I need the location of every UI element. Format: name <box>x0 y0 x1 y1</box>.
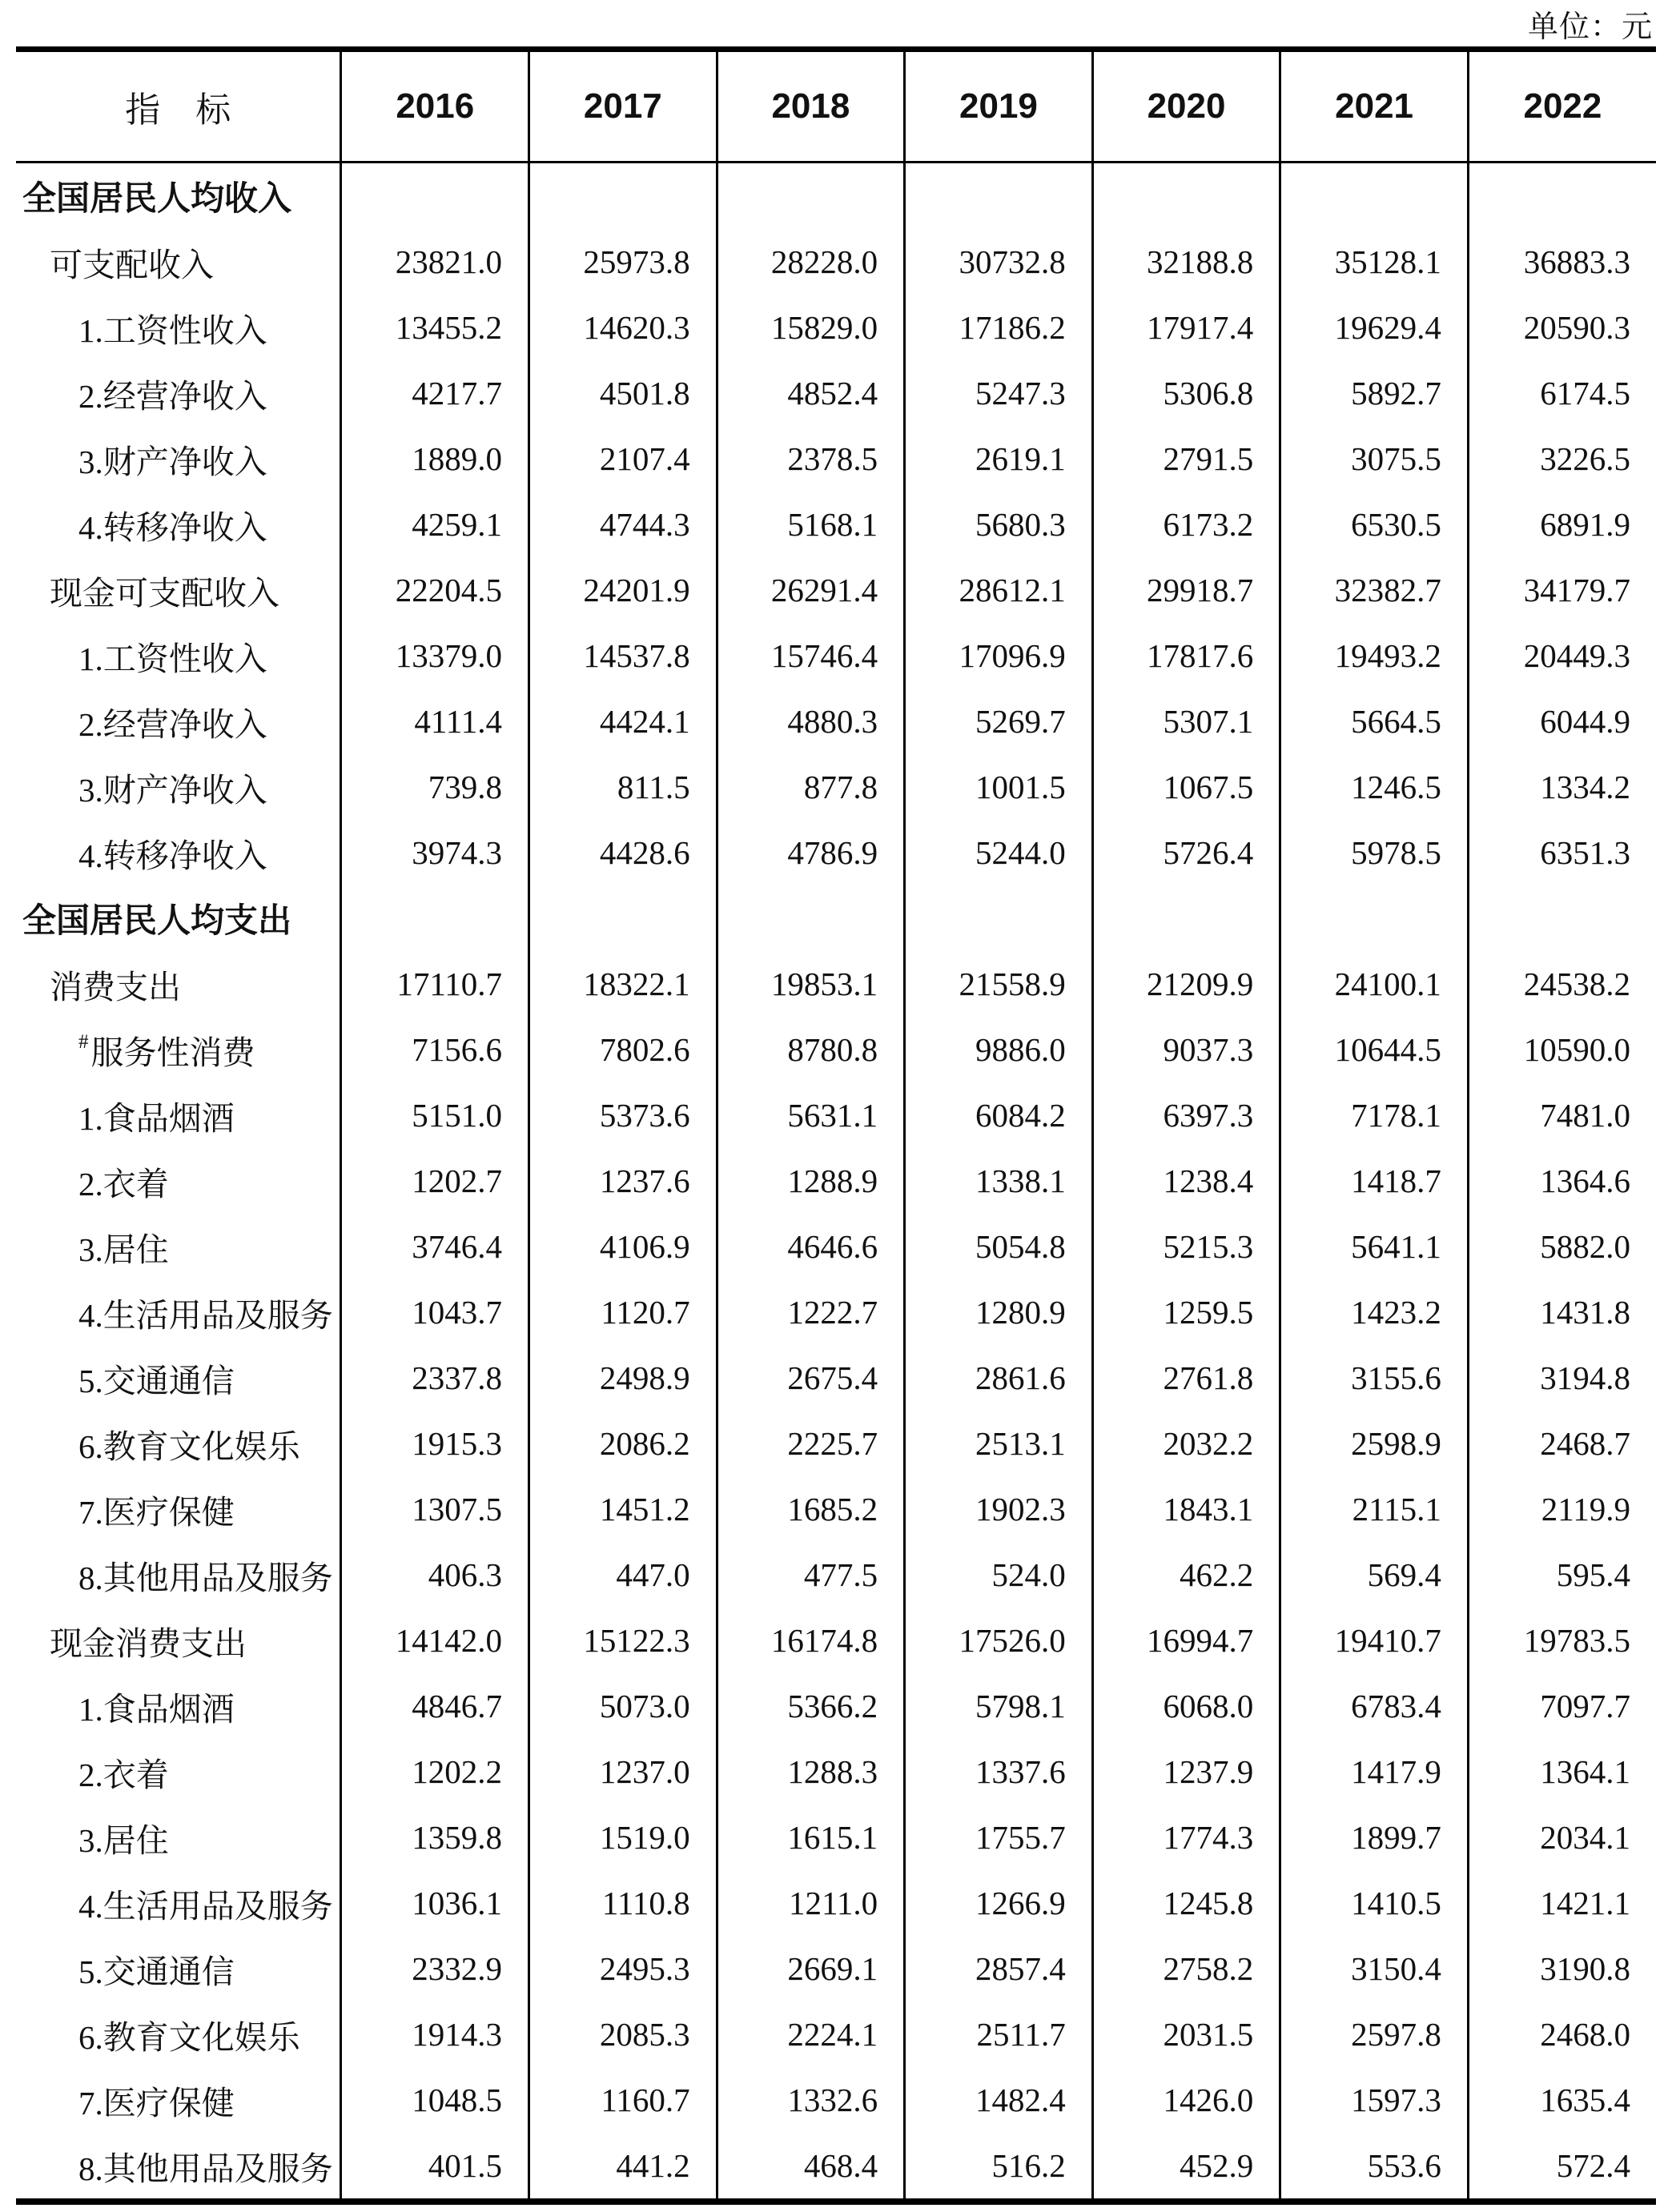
value-cell: 5373.6 <box>529 1082 717 1148</box>
value-cell: 29918.7 <box>1092 557 1280 623</box>
row-label-text: 5.交通通信 <box>78 1953 235 1990</box>
value-cell: 1110.8 <box>529 1870 717 1936</box>
value-cell: 2861.6 <box>905 1345 1093 1411</box>
value-cell: 1237.9 <box>1092 1739 1280 1805</box>
value-cell: 5892.7 <box>1280 360 1469 426</box>
value-cell: 462.2 <box>1092 1542 1280 1608</box>
row-label: 4.生活用品及服务 <box>16 1279 341 1345</box>
value-cell: 5215.3 <box>1092 1214 1280 1279</box>
value-cell: 2511.7 <box>905 2001 1093 2067</box>
row-label: 2.经营净收入 <box>16 688 341 754</box>
row-label: 消费支出 <box>16 951 341 1017</box>
value-cell <box>905 885 1093 951</box>
unit-note: 单位：元 <box>1528 2 1653 46</box>
value-cell: 26291.4 <box>717 557 905 623</box>
value-cell: 1482.4 <box>905 2067 1093 2133</box>
value-cell <box>341 885 529 951</box>
row-label-text: 3.居住 <box>78 1231 169 1268</box>
value-cell: 4424.1 <box>529 688 717 754</box>
row-label-text: 8.其他用品及服务 <box>78 1560 333 1596</box>
value-cell: 1266.9 <box>905 1870 1093 1936</box>
table-row: 消费支出17110.718322.119853.121558.921209.92… <box>16 951 1656 1017</box>
row-label: 1.食品烟酒 <box>16 1082 341 1148</box>
value-cell: 2598.9 <box>1280 1411 1469 1476</box>
value-cell: 4744.3 <box>529 492 717 557</box>
row-label: 全国居民人均收入 <box>16 163 341 230</box>
row-label-text: 6.教育文化娱乐 <box>78 1428 300 1465</box>
value-cell: 14142.0 <box>341 1608 529 1673</box>
table-row: 3.居住1359.81519.01615.11755.71774.31899.7… <box>16 1805 1656 1870</box>
value-cell: 447.0 <box>529 1542 717 1608</box>
value-cell: 2857.4 <box>905 1936 1093 2001</box>
value-cell: 35128.1 <box>1280 229 1469 295</box>
table-row: 3.财产净收入1889.02107.42378.52619.12791.5307… <box>16 426 1656 492</box>
table-row: 2.衣着1202.21237.01288.31337.61237.91417.9… <box>16 1739 1656 1805</box>
row-label: 3.居住 <box>16 1214 341 1279</box>
value-cell: 1246.5 <box>1280 754 1469 820</box>
value-cell: 14620.3 <box>529 295 717 360</box>
table-row: 4.转移净收入4259.14744.35168.15680.36173.2653… <box>16 492 1656 557</box>
value-cell: 1519.0 <box>529 1805 717 1870</box>
value-cell: 2669.1 <box>717 1936 905 2001</box>
value-cell <box>717 885 905 951</box>
value-cell: 17110.7 <box>341 951 529 1017</box>
value-cell: 14537.8 <box>529 623 717 688</box>
value-cell: 4501.8 <box>529 360 717 426</box>
value-cell: 4106.9 <box>529 1214 717 1279</box>
value-cell: 24100.1 <box>1280 951 1469 1017</box>
row-label: 可支配收入 <box>16 229 341 295</box>
table-row: 1.工资性收入13379.014537.815746.417096.917817… <box>16 623 1656 688</box>
row-label-text: 1.工资性收入 <box>78 640 267 677</box>
value-cell: 6351.3 <box>1468 820 1656 885</box>
value-cell: 739.8 <box>341 754 529 820</box>
value-cell: 5151.0 <box>341 1082 529 1148</box>
table-row: 5.交通通信2337.82498.92675.42861.62761.83155… <box>16 1345 1656 1411</box>
value-cell: 24201.9 <box>529 557 717 623</box>
header-indicator: 指 标 <box>16 50 341 163</box>
value-cell: 10644.5 <box>1280 1017 1469 1082</box>
value-cell: 4786.9 <box>717 820 905 885</box>
table-row: 3.居住3746.44106.94646.65054.85215.35641.1… <box>16 1214 1656 1279</box>
value-cell: 5269.7 <box>905 688 1093 754</box>
value-cell: 19410.7 <box>1280 1608 1469 1673</box>
row-label-text: 8.其他用品及服务 <box>78 2150 333 2187</box>
value-cell: 1338.1 <box>905 1148 1093 1214</box>
row-label: 6.教育文化娱乐 <box>16 2001 341 2067</box>
value-cell: 5631.1 <box>717 1082 905 1148</box>
value-cell: 2115.1 <box>1280 1476 1469 1542</box>
value-cell: 1410.5 <box>1280 1870 1469 1936</box>
value-cell: 1843.1 <box>1092 1476 1280 1542</box>
value-cell: 3155.6 <box>1280 1345 1469 1411</box>
value-cell: 3150.4 <box>1280 1936 1469 2001</box>
value-cell: 2791.5 <box>1092 426 1280 492</box>
value-cell: 5726.4 <box>1092 820 1280 885</box>
income-expenditure-table: 指 标 2016 2017 2018 2019 2020 2021 2022 全… <box>16 46 1656 2205</box>
table-row: 可支配收入23821.025973.828228.030732.832188.8… <box>16 229 1656 295</box>
row-label: 7.医疗保健 <box>16 1476 341 1542</box>
value-cell: 32188.8 <box>1092 229 1280 295</box>
table-row: 现金可支配收入22204.524201.926291.428612.129918… <box>16 557 1656 623</box>
value-cell: 1359.8 <box>341 1805 529 1870</box>
value-cell: 4217.7 <box>341 360 529 426</box>
value-cell: 24538.2 <box>1468 951 1656 1017</box>
value-cell: 5366.2 <box>717 1673 905 1739</box>
value-cell: 1615.1 <box>717 1805 905 1870</box>
value-cell: 32382.7 <box>1280 557 1469 623</box>
value-cell: 2337.8 <box>341 1345 529 1411</box>
value-cell <box>717 163 905 230</box>
value-cell: 1755.7 <box>905 1805 1093 1870</box>
value-cell: 16994.7 <box>1092 1608 1280 1673</box>
table-row: 1.食品烟酒4846.75073.05366.25798.16068.06783… <box>16 1673 1656 1739</box>
row-label-text: 2.衣着 <box>78 1756 169 1793</box>
value-cell: 5307.1 <box>1092 688 1280 754</box>
value-cell: 2332.9 <box>341 1936 529 2001</box>
table-row: 2.衣着1202.71237.61288.91338.11238.41418.7… <box>16 1148 1656 1214</box>
value-cell: 1288.9 <box>717 1148 905 1214</box>
value-cell: 3075.5 <box>1280 426 1469 492</box>
value-cell: 2468.0 <box>1468 2001 1656 2067</box>
section-row: 全国居民人均收入 <box>16 163 1656 230</box>
value-cell: 452.9 <box>1092 2133 1280 2202</box>
value-cell: 4259.1 <box>341 492 529 557</box>
value-cell: 5798.1 <box>905 1673 1093 1739</box>
row-label: 4.生活用品及服务 <box>16 1870 341 1936</box>
page: 单位：元 指 标 2016 2017 2018 2019 2020 2021 2… <box>0 0 1672 2212</box>
row-label-text: 3.居住 <box>78 1822 169 1859</box>
row-label-text: 消费支出 <box>50 969 181 1006</box>
header-row: 指 标 2016 2017 2018 2019 2020 2021 2022 <box>16 50 1656 163</box>
value-cell: 25973.8 <box>529 229 717 295</box>
row-label-text: 5.交通通信 <box>78 1363 235 1399</box>
row-label: 5.交通通信 <box>16 1345 341 1411</box>
value-cell: 572.4 <box>1468 2133 1656 2202</box>
row-label-text: 1.工资性收入 <box>78 312 267 349</box>
value-cell <box>341 163 529 230</box>
value-cell: 1889.0 <box>341 426 529 492</box>
value-cell: 2597.8 <box>1280 2001 1469 2067</box>
value-cell: 3974.3 <box>341 820 529 885</box>
row-label: 6.教育文化娱乐 <box>16 1411 341 1476</box>
value-cell: 13455.2 <box>341 295 529 360</box>
value-cell: 36883.3 <box>1468 229 1656 295</box>
table-row: 3.财产净收入739.8811.5877.81001.51067.51246.5… <box>16 754 1656 820</box>
value-cell <box>1280 163 1469 230</box>
row-label: 7.医疗保健 <box>16 2067 341 2133</box>
row-label-text: 现金消费支出 <box>50 1625 247 1662</box>
value-cell: 6068.0 <box>1092 1673 1280 1739</box>
value-cell: 1635.4 <box>1468 2067 1656 2133</box>
row-label: 2.经营净收入 <box>16 360 341 426</box>
value-cell: 516.2 <box>905 2133 1093 2202</box>
value-cell: 5978.5 <box>1280 820 1469 885</box>
value-cell: 7802.6 <box>529 1017 717 1082</box>
row-label-text: 1.食品烟酒 <box>78 1691 235 1728</box>
row-label: 5.交通通信 <box>16 1936 341 2001</box>
value-cell: 1067.5 <box>1092 754 1280 820</box>
value-cell: 5306.8 <box>1092 360 1280 426</box>
row-label: 1.工资性收入 <box>16 295 341 360</box>
value-cell: 30732.8 <box>905 229 1093 295</box>
row-label: 4.转移净收入 <box>16 492 341 557</box>
value-cell: 1222.7 <box>717 1279 905 1345</box>
value-cell: 17096.9 <box>905 623 1093 688</box>
header-year-2016: 2016 <box>341 50 529 163</box>
row-label-text: 1.食品烟酒 <box>78 1100 235 1137</box>
value-cell: 1421.1 <box>1468 1870 1656 1936</box>
value-cell: 5054.8 <box>905 1214 1093 1279</box>
table-row: 2.经营净收入4217.74501.84852.45247.35306.8589… <box>16 360 1656 426</box>
value-cell: 2085.3 <box>529 2001 717 2067</box>
value-cell: 1451.2 <box>529 1476 717 1542</box>
value-cell: 1423.2 <box>1280 1279 1469 1345</box>
header-year-2021: 2021 <box>1280 50 1469 163</box>
value-cell: 4428.6 <box>529 820 717 885</box>
value-cell: 5680.3 <box>905 492 1093 557</box>
value-cell: 2034.1 <box>1468 1805 1656 1870</box>
value-cell: 1036.1 <box>341 1870 529 1936</box>
row-label: 3.居住 <box>16 1805 341 1870</box>
value-cell: 5073.0 <box>529 1673 717 1739</box>
value-cell: 17917.4 <box>1092 295 1280 360</box>
value-cell: 1288.3 <box>717 1739 905 1805</box>
row-label: 3.财产净收入 <box>16 754 341 820</box>
section-row: 全国居民人均支出 <box>16 885 1656 951</box>
value-cell: 19493.2 <box>1280 623 1469 688</box>
value-cell: 20590.3 <box>1468 295 1656 360</box>
value-cell: 5882.0 <box>1468 1214 1656 1279</box>
value-cell: 2107.4 <box>529 426 717 492</box>
value-cell: 7178.1 <box>1280 1082 1469 1148</box>
value-cell: 28228.0 <box>717 229 905 295</box>
value-cell: 811.5 <box>529 754 717 820</box>
row-label-text: 4.转移净收入 <box>78 837 267 874</box>
value-cell: 1245.8 <box>1092 1870 1280 1936</box>
value-cell: 1426.0 <box>1092 2067 1280 2133</box>
table-row: 1.食品烟酒5151.05373.65631.16084.26397.37178… <box>16 1082 1656 1148</box>
table-row: 8.其他用品及服务406.3447.0477.5524.0462.2569.45… <box>16 1542 1656 1608</box>
header-year-2022: 2022 <box>1468 50 1656 163</box>
table-row: 4.生活用品及服务1036.11110.81211.01266.91245.81… <box>16 1870 1656 1936</box>
value-cell: 441.2 <box>529 2133 717 2202</box>
table-row: 6.教育文化娱乐1914.32085.32224.12511.72031.525… <box>16 2001 1656 2067</box>
row-label: 1.食品烟酒 <box>16 1673 341 1739</box>
value-cell: 2619.1 <box>905 426 1093 492</box>
value-cell: 3226.5 <box>1468 426 1656 492</box>
value-cell: 1001.5 <box>905 754 1093 820</box>
value-cell: 1914.3 <box>341 2001 529 2067</box>
value-cell: 23821.0 <box>341 229 529 295</box>
value-cell: 1364.6 <box>1468 1148 1656 1214</box>
value-cell: 1048.5 <box>341 2067 529 2133</box>
row-label: 现金可支配收入 <box>16 557 341 623</box>
value-cell: 1160.7 <box>529 2067 717 2133</box>
value-cell: 4846.7 <box>341 1673 529 1739</box>
value-cell: 3190.8 <box>1468 1936 1656 2001</box>
value-cell: 1211.0 <box>717 1870 905 1936</box>
header-year-2019: 2019 <box>905 50 1093 163</box>
value-cell: 1237.0 <box>529 1739 717 1805</box>
table-row: 6.教育文化娱乐1915.32086.22225.72513.12032.225… <box>16 1411 1656 1476</box>
value-cell <box>1468 163 1656 230</box>
value-cell: 4646.6 <box>717 1214 905 1279</box>
value-cell: 1685.2 <box>717 1476 905 1542</box>
row-label-text: 2.经营净收入 <box>78 378 267 415</box>
value-cell: 19629.4 <box>1280 295 1469 360</box>
value-cell: 15122.3 <box>529 1608 717 1673</box>
header-year-2020: 2020 <box>1092 50 1280 163</box>
value-cell: 3746.4 <box>341 1214 529 1279</box>
table-body: 全国居民人均收入可支配收入23821.025973.828228.030732.… <box>16 163 1656 2202</box>
row-label: 3.财产净收入 <box>16 426 341 492</box>
value-cell: 6783.4 <box>1280 1673 1469 1739</box>
row-label: #服务性消费 <box>16 1017 341 1082</box>
value-cell: 477.5 <box>717 1542 905 1608</box>
value-cell: 15746.4 <box>717 623 905 688</box>
value-cell: 1899.7 <box>1280 1805 1469 1870</box>
value-cell: 4111.4 <box>341 688 529 754</box>
row-label-text: 6.教育文化娱乐 <box>78 2019 300 2056</box>
value-cell: 1332.6 <box>717 2067 905 2133</box>
row-label-text: 3.财产净收入 <box>78 444 267 480</box>
value-cell: 1120.7 <box>529 1279 717 1345</box>
value-cell: 1902.3 <box>905 1476 1093 1542</box>
value-cell: 2378.5 <box>717 426 905 492</box>
value-cell: 1202.2 <box>341 1739 529 1805</box>
row-label-text: 全国居民人均收入 <box>22 181 291 218</box>
table-row: 7.医疗保健1307.51451.21685.21902.31843.12115… <box>16 1476 1656 1542</box>
value-cell: 1364.1 <box>1468 1739 1656 1805</box>
table-row: 7.医疗保健1048.51160.71332.61482.41426.01597… <box>16 2067 1656 2133</box>
value-cell: 553.6 <box>1280 2133 1469 2202</box>
value-cell: 22204.5 <box>341 557 529 623</box>
row-label-text: 4.转移净收入 <box>78 509 267 546</box>
value-cell: 7156.6 <box>341 1017 529 1082</box>
value-cell: 9037.3 <box>1092 1017 1280 1082</box>
value-cell: 2086.2 <box>529 1411 717 1476</box>
row-label-text: 现金可支配收入 <box>50 575 279 612</box>
hash-prefix: # <box>78 1031 89 1053</box>
value-cell: 468.4 <box>717 2133 905 2202</box>
value-cell: 16174.8 <box>717 1608 905 1673</box>
row-label: 2.衣着 <box>16 1739 341 1805</box>
value-cell: 5247.3 <box>905 360 1093 426</box>
value-cell: 2675.4 <box>717 1345 905 1411</box>
row-label: 2.衣着 <box>16 1148 341 1214</box>
value-cell: 1238.4 <box>1092 1148 1280 1214</box>
value-cell: 2761.8 <box>1092 1345 1280 1411</box>
value-cell <box>1280 885 1469 951</box>
row-label-text: 2.衣着 <box>78 1166 169 1202</box>
value-cell: 1597.3 <box>1280 2067 1469 2133</box>
value-cell: 6530.5 <box>1280 492 1469 557</box>
value-cell: 5641.1 <box>1280 1214 1469 1279</box>
value-cell: 2031.5 <box>1092 2001 1280 2067</box>
row-label-text: 服务性消费 <box>91 1034 255 1071</box>
value-cell <box>529 885 717 951</box>
value-cell: 7481.0 <box>1468 1082 1656 1148</box>
value-cell: 10590.0 <box>1468 1017 1656 1082</box>
value-cell: 406.3 <box>341 1542 529 1608</box>
value-cell: 17526.0 <box>905 1608 1093 1673</box>
value-cell: 595.4 <box>1468 1542 1656 1608</box>
row-label: 全国居民人均支出 <box>16 885 341 951</box>
row-label: 8.其他用品及服务 <box>16 2133 341 2202</box>
value-cell: 2032.2 <box>1092 1411 1280 1476</box>
row-label-text: 7.医疗保健 <box>78 1494 235 1531</box>
value-cell: 5244.0 <box>905 820 1093 885</box>
table-row: 2.经营净收入4111.44424.14880.35269.75307.1566… <box>16 688 1656 754</box>
value-cell: 1334.2 <box>1468 754 1656 820</box>
value-cell: 20449.3 <box>1468 623 1656 688</box>
value-cell: 6891.9 <box>1468 492 1656 557</box>
value-cell <box>529 163 717 230</box>
value-cell: 877.8 <box>717 754 905 820</box>
value-cell: 524.0 <box>905 1542 1093 1608</box>
table-row: 5.交通通信2332.92495.32669.12857.42758.23150… <box>16 1936 1656 2001</box>
row-label-text: 全国居民人均支出 <box>22 903 291 940</box>
value-cell: 5664.5 <box>1280 688 1469 754</box>
value-cell: 2758.2 <box>1092 1936 1280 2001</box>
value-cell: 2119.9 <box>1468 1476 1656 1542</box>
value-cell: 2225.7 <box>717 1411 905 1476</box>
value-cell: 34179.7 <box>1468 557 1656 623</box>
value-cell: 17817.6 <box>1092 623 1280 688</box>
value-cell: 3194.8 <box>1468 1345 1656 1411</box>
value-cell: 1431.8 <box>1468 1279 1656 1345</box>
value-cell: 569.4 <box>1280 1542 1469 1608</box>
header-year-2017: 2017 <box>529 50 717 163</box>
value-cell: 1337.6 <box>905 1739 1093 1805</box>
value-cell: 1043.7 <box>341 1279 529 1345</box>
value-cell: 13379.0 <box>341 623 529 688</box>
value-cell: 1237.6 <box>529 1148 717 1214</box>
value-cell: 19783.5 <box>1468 1608 1656 1673</box>
value-cell: 19853.1 <box>717 951 905 1017</box>
value-cell: 2224.1 <box>717 2001 905 2067</box>
value-cell: 4852.4 <box>717 360 905 426</box>
value-cell: 21558.9 <box>905 951 1093 1017</box>
value-cell: 6173.2 <box>1092 492 1280 557</box>
row-label: 8.其他用品及服务 <box>16 1542 341 1608</box>
row-label-text: 4.生活用品及服务 <box>78 1888 333 1925</box>
value-cell: 1259.5 <box>1092 1279 1280 1345</box>
value-cell: 2495.3 <box>529 1936 717 2001</box>
row-label: 4.转移净收入 <box>16 820 341 885</box>
value-cell: 6084.2 <box>905 1082 1093 1148</box>
row-label: 1.工资性收入 <box>16 623 341 688</box>
value-cell: 1202.7 <box>341 1148 529 1214</box>
row-label-text: 2.经营净收入 <box>78 706 267 743</box>
value-cell: 28612.1 <box>905 557 1093 623</box>
header-year-2018: 2018 <box>717 50 905 163</box>
value-cell: 6044.9 <box>1468 688 1656 754</box>
value-cell: 2498.9 <box>529 1345 717 1411</box>
value-cell: 401.5 <box>341 2133 529 2202</box>
value-cell: 17186.2 <box>905 295 1093 360</box>
value-cell: 5168.1 <box>717 492 905 557</box>
value-cell: 1307.5 <box>341 1476 529 1542</box>
row-label: 现金消费支出 <box>16 1608 341 1673</box>
row-label-text: 3.财产净收入 <box>78 772 267 809</box>
value-cell <box>1092 885 1280 951</box>
value-cell: 15829.0 <box>717 295 905 360</box>
table-row: 4.转移净收入3974.34428.64786.95244.05726.4597… <box>16 820 1656 885</box>
row-label-text: 7.医疗保健 <box>78 2085 235 2122</box>
table-row: #服务性消费7156.67802.68780.89886.09037.31064… <box>16 1017 1656 1082</box>
